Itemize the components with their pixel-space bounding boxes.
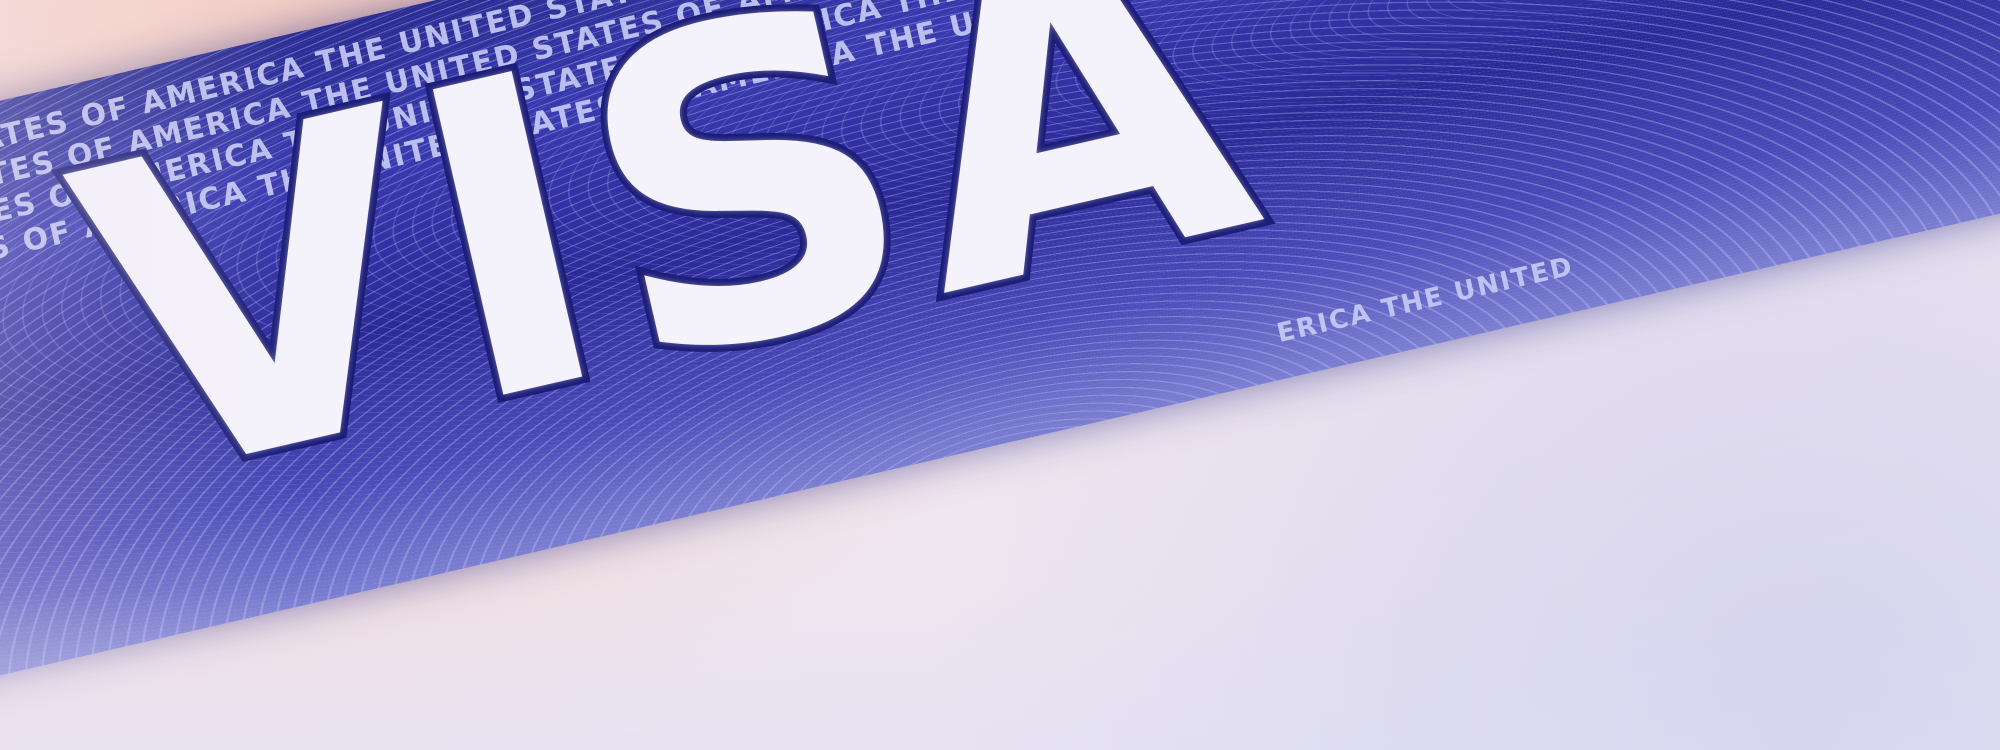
depth-blur-bottom	[0, 590, 2000, 750]
